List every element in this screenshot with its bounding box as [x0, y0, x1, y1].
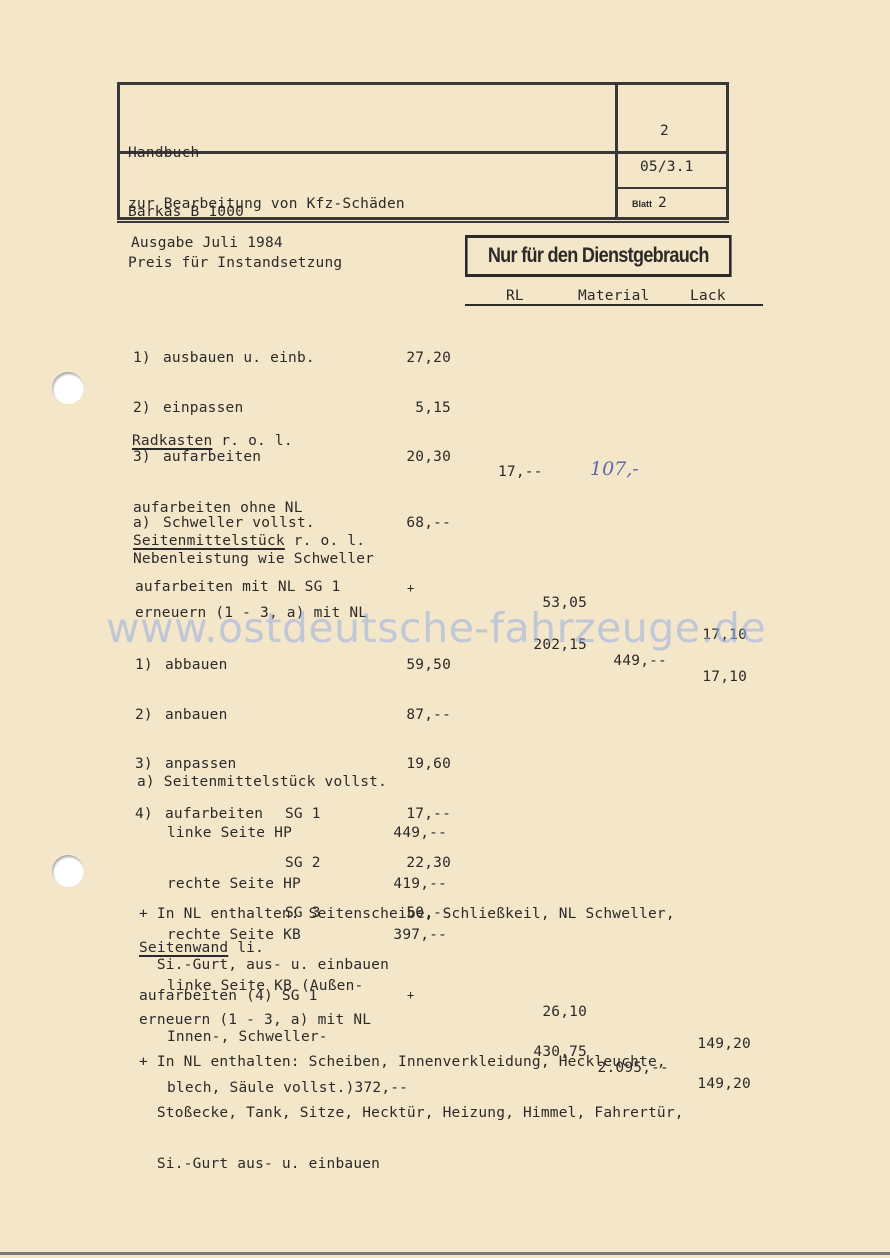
section-number: 2 [660, 123, 669, 139]
title-line-1: Handbuch [128, 145, 405, 162]
item-number: 3) [133, 449, 163, 466]
section-title: Seitenwand [139, 940, 228, 956]
vehicle-line-1: Barkas B 1000 [128, 204, 342, 221]
vehicle-line-2: Preis für Instandsetzung [128, 255, 342, 272]
item-value: 27,20 [406, 350, 451, 367]
footnote-mark: + [407, 988, 414, 1002]
item-label: ausbauen u. einb. [163, 350, 406, 367]
doc-code: 05/3.1 [640, 159, 694, 175]
sheet-label: Blatt [632, 199, 652, 209]
section-title-radkasten: Radkasten r. o. l. [132, 433, 293, 449]
list-item: 2)einpassen5,15 [133, 400, 451, 417]
footnote-seitenwand: + In NL enthalten: Scheiben, Innenverkle… [139, 1020, 684, 1207]
list-item: 1)ausbauen u. einb.27,20 [133, 350, 451, 367]
row-label: erneuern (1 - 3, a) mit NL [135, 605, 367, 621]
footnote-mark: + [407, 581, 414, 595]
column-header-material: Material [578, 288, 649, 304]
row-rl: 202,15 [475, 637, 587, 653]
item-value: 20,30 [406, 449, 451, 466]
row-material: 449,-- [595, 653, 667, 669]
item-label: abbauen [165, 657, 285, 674]
list-item: 2)anbauen87,-- [135, 707, 451, 724]
section-title-seitenmittelstueck: Seitenmittelstück r. o. l. [133, 533, 365, 549]
item-number: 1) [133, 350, 163, 367]
sheet-indicator: Blatt 2 [632, 195, 667, 211]
parts-title: a) Seitenmittelstück vollst. [137, 774, 447, 791]
list-item: 1)abbauen59,50 [135, 657, 451, 674]
item-sg [285, 707, 406, 724]
column-header-lack: Lack [690, 288, 726, 304]
row-lack: 17,10 [675, 669, 747, 685]
header-box: Handbuch zur Bearbeitung von Kfz-Schäden… [117, 82, 729, 220]
section-suffix: li. [228, 940, 264, 956]
footnote-line: Stoßecke, Tank, Sitze, Hecktür, Heizung,… [139, 1105, 684, 1122]
edition-date: Ausgabe Juli 1984 [131, 235, 283, 251]
item-sg [285, 657, 406, 674]
handwritten-material-note: 107,- [590, 458, 639, 480]
item-value: 5,15 [415, 400, 451, 417]
section-title: Seitenmittelstück [133, 533, 285, 549]
item-value: 68,-- [406, 515, 451, 532]
punch-hole-bottom [52, 855, 84, 887]
section-title-seitenwand: Seitenwand li. [139, 940, 264, 956]
column-header-rl: RL [506, 288, 524, 304]
description-line: aufarbeiten ohne NL [133, 500, 374, 517]
footnote-line: + In NL enthalten: Seitenscheibe, Schlie… [139, 906, 675, 923]
footnote-line: Si.-Gurt aus- u. einbauen [139, 1156, 684, 1173]
list-item: 3)aufarbeiten20,30 [133, 449, 451, 466]
item-number: 2) [133, 400, 163, 417]
list-item: linke Seite HP449,-- [137, 825, 447, 842]
section-title: Radkasten [132, 433, 212, 449]
item-label: einpassen [163, 400, 415, 417]
radkasten-rl-value: 17,-- [498, 464, 543, 480]
item-label: aufarbeiten [163, 449, 406, 466]
item-value: 59,50 [406, 657, 451, 674]
footnote-line: + In NL enthalten: Scheiben, Innenverkle… [139, 1054, 684, 1071]
stamp-text: Nur für den Dienstgebrauch [488, 244, 709, 268]
item-label: anbauen [165, 707, 285, 724]
section-suffix: r. o. l. [285, 533, 365, 549]
restricted-use-stamp: Nur für den Dienstgebrauch [465, 235, 732, 277]
sheet-number: 2 [658, 195, 667, 211]
punch-hole-top [52, 372, 84, 404]
item-number: 1) [135, 657, 165, 674]
column-header-rule [465, 304, 763, 306]
item-value: 87,-- [406, 707, 451, 724]
part-label: linke Seite HP [167, 825, 393, 842]
section-suffix: r. o. l. [212, 433, 292, 449]
item-number: 2) [135, 707, 165, 724]
document-page: Handbuch zur Bearbeitung von Kfz-Schäden… [0, 0, 890, 1255]
part-value: 449,-- [393, 825, 447, 842]
